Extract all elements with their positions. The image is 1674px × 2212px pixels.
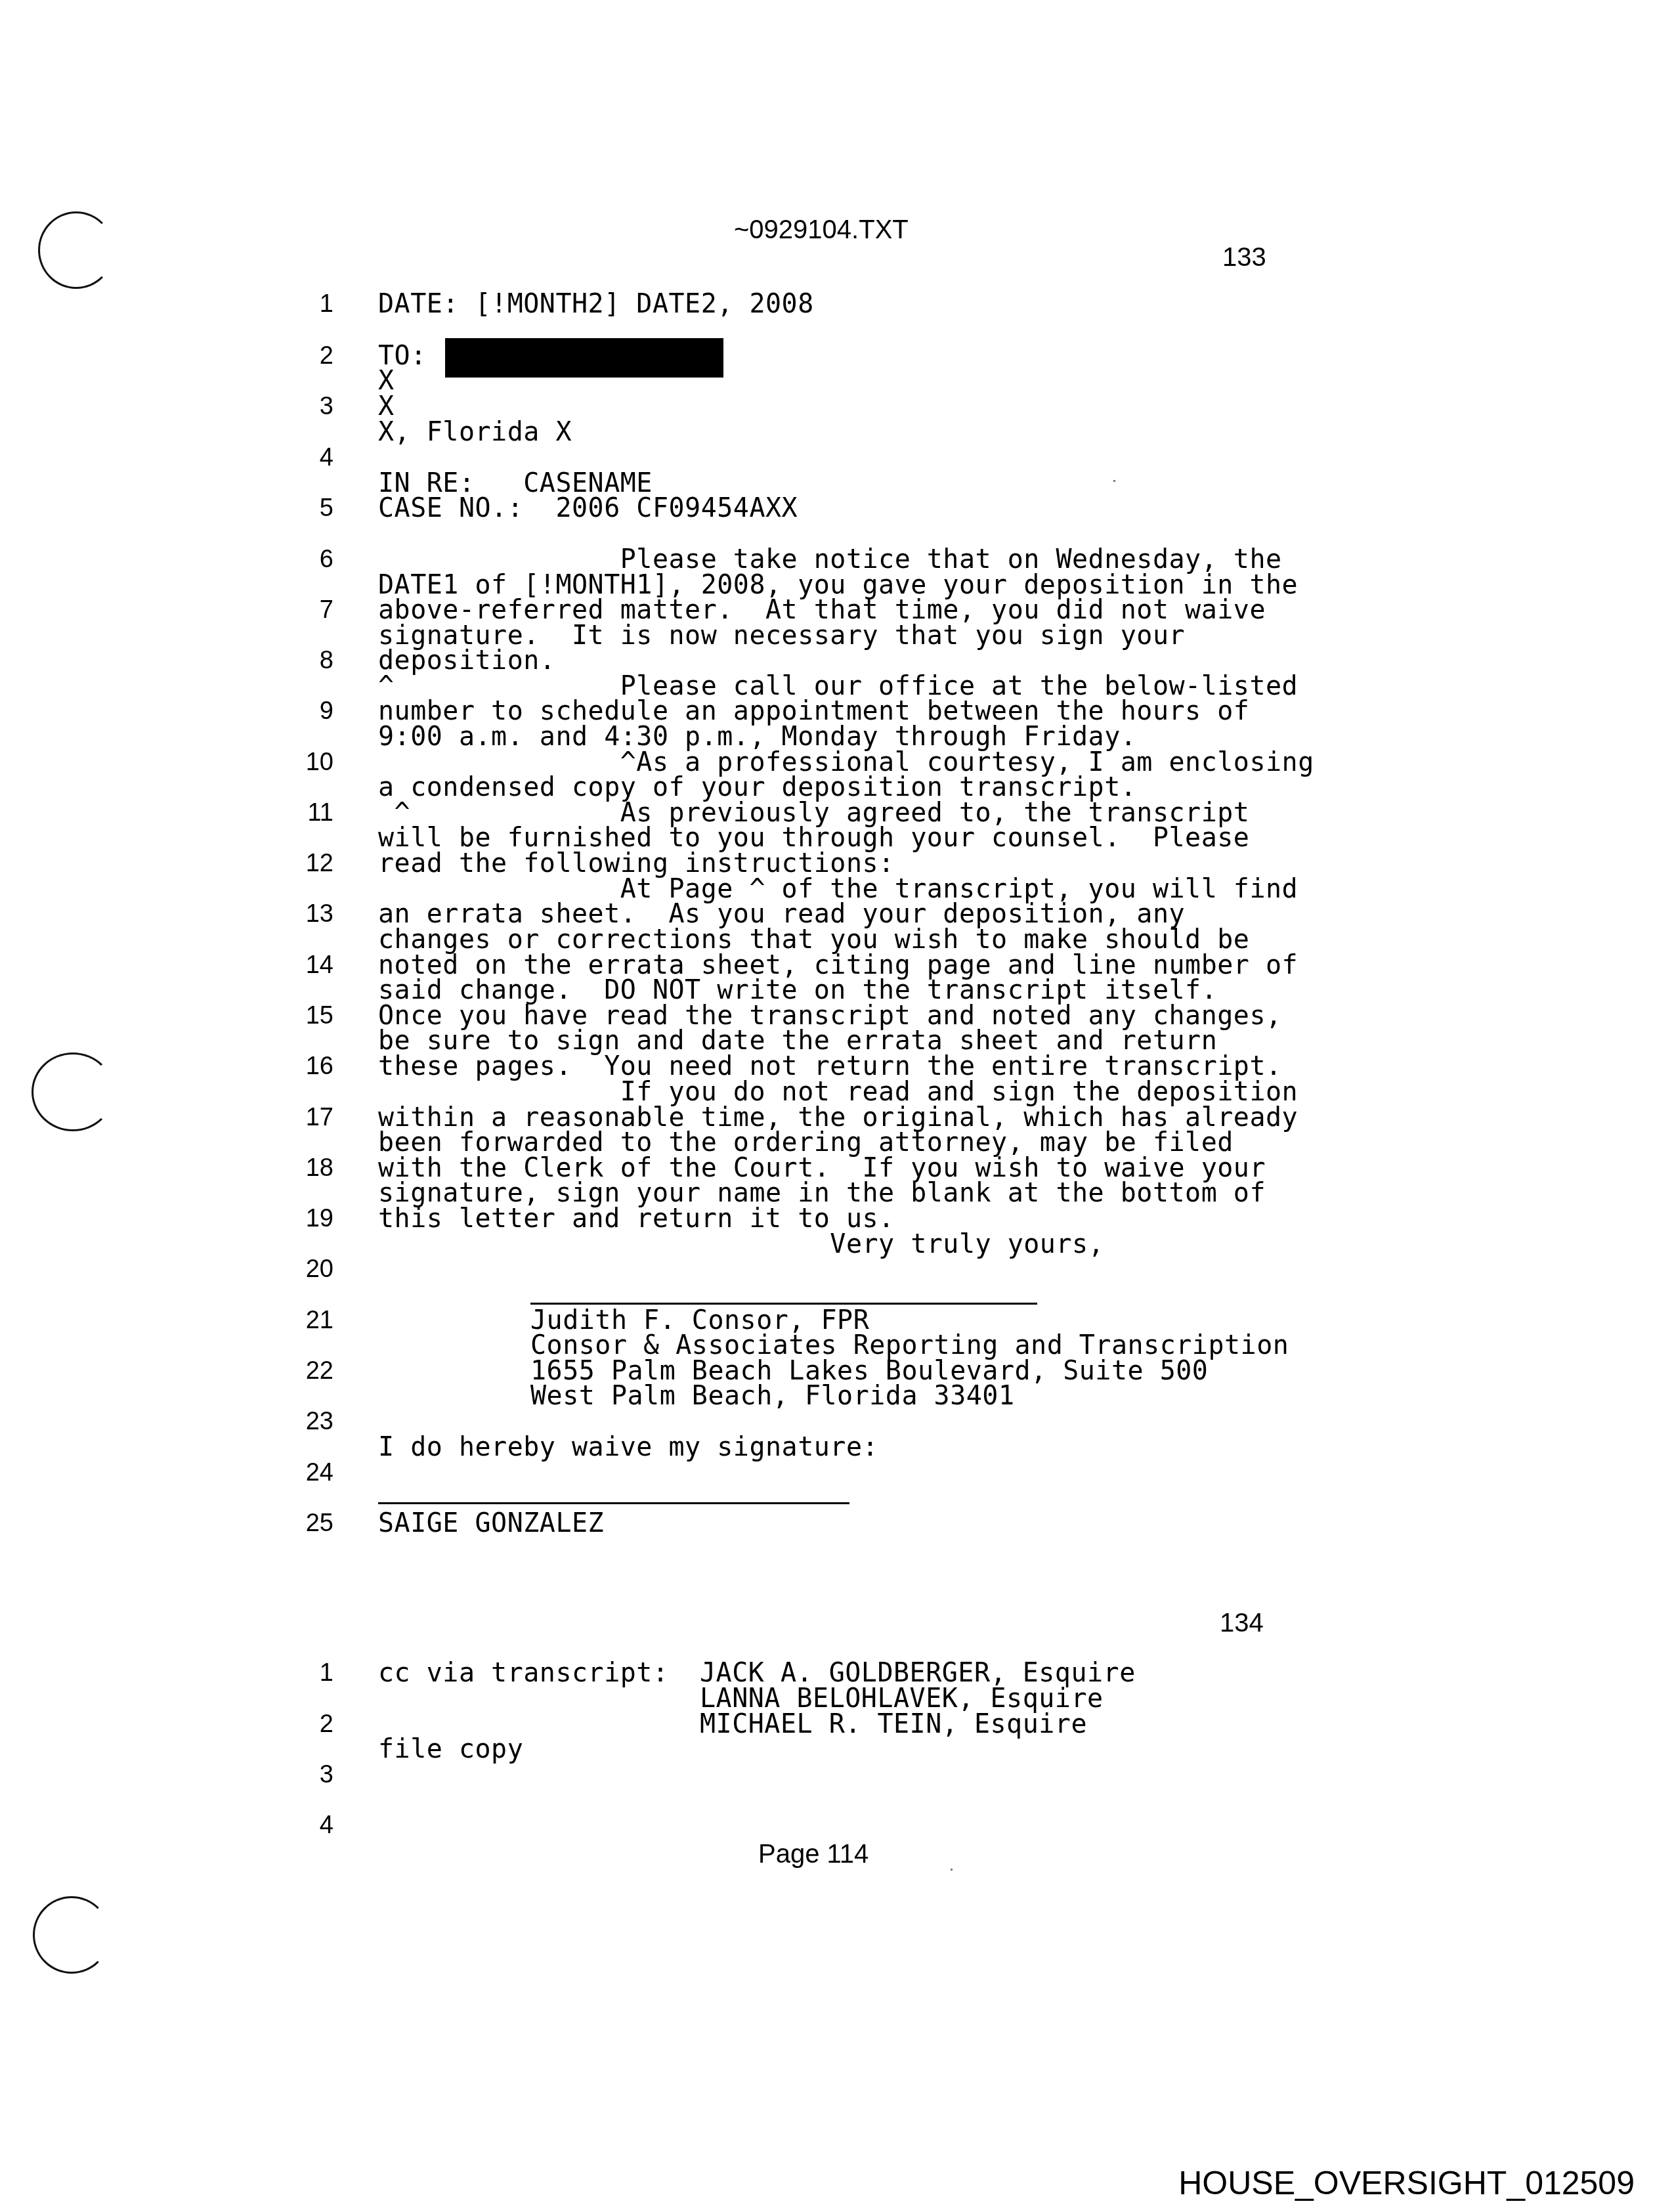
line-number: 9 <box>294 698 333 724</box>
waiver-statement: I do hereby waive my signature: <box>378 1434 878 1460</box>
line-number: 3 <box>294 1762 333 1788</box>
to-label: TO: <box>378 343 427 369</box>
line-number: 2 <box>294 1711 333 1737</box>
body-line: signature, sign your name in the blank a… <box>378 1180 1266 1206</box>
line-number: 16 <box>294 1053 333 1079</box>
body-line: If you do not read and sign the depositi… <box>378 1079 1298 1105</box>
body-line: a condensed copy of your deposition tran… <box>378 774 1136 800</box>
line-number: 2 <box>294 343 333 369</box>
body-line: read the following instructions: <box>378 850 895 877</box>
body-line: ^ Please call our office at the below-li… <box>378 673 1298 699</box>
line-number: 1 <box>294 1660 333 1686</box>
reporter-address-1: 1655 Palm Beach Lakes Boulevard, Suite 5… <box>530 1358 1208 1384</box>
body-line: said change. DO NOT write on the transcr… <box>378 977 1217 1003</box>
line-number: 14 <box>294 952 333 978</box>
line-number: 8 <box>294 647 333 674</box>
line-number: 11 <box>294 800 333 826</box>
page-footer-label: Page 114 <box>758 1841 869 1867</box>
address-line: X, Florida X <box>378 419 572 445</box>
line-number: 15 <box>294 1003 333 1029</box>
line-number: 7 <box>294 597 333 623</box>
body-line: noted on the errata sheet, citing page a… <box>378 952 1298 978</box>
body-line: above-referred matter. At that time, you… <box>378 597 1266 623</box>
address-line: X <box>378 393 395 420</box>
redaction-box <box>445 338 723 378</box>
body-line: DATE1 of [!MONTH1], 2008, you gave your … <box>378 572 1298 598</box>
line-number: 12 <box>294 850 333 877</box>
line-number: 24 <box>294 1460 333 1486</box>
body-line: will be furnished to you through your co… <box>378 825 1249 851</box>
reporter-signature-line <box>530 1303 1037 1305</box>
body-line: been forwarded to the ordering attorney,… <box>378 1129 1234 1156</box>
line-number: 18 <box>294 1155 333 1181</box>
cc-recipient: MICHAEL R. TEIN, Esquire <box>700 1711 1087 1737</box>
line-number: 4 <box>294 445 333 471</box>
body-line: with the Clerk of the Court. If you wish… <box>378 1155 1266 1181</box>
scan-speck <box>1113 480 1115 482</box>
body-line: changes or corrections that you wish to … <box>378 926 1249 953</box>
line-number: 5 <box>294 495 333 521</box>
body-line: ^ As previously agreed to, the transcrip… <box>378 800 1249 826</box>
binder-hole-mark-bottom <box>33 1896 110 1974</box>
body-line: be sure to sign and date the errata shee… <box>378 1028 1217 1054</box>
scan-speck <box>951 1869 953 1871</box>
line-number: 17 <box>294 1104 333 1131</box>
body-line: these pages. You need not return the ent… <box>378 1053 1282 1079</box>
cc-label: cc via transcript: <box>378 1660 668 1686</box>
deponent-name: SAIGE GONZALEZ <box>378 1510 604 1536</box>
case-number-line: CASE NO.: 2006 CF09454AXX <box>378 495 798 521</box>
line-number: 13 <box>294 901 333 927</box>
in-re-line: IN RE: CASENAME <box>378 470 653 496</box>
closing-line: Very truly yours, <box>378 1231 1104 1257</box>
body-line: 9:00 a.m. and 4:30 p.m., Monday through … <box>378 724 1136 750</box>
binder-hole-mark-middle <box>32 1052 114 1131</box>
body-line: an errata sheet. As you read your deposi… <box>378 901 1185 927</box>
reporter-address-2: West Palm Beach, Florida 33401 <box>530 1383 1014 1409</box>
line-number: 1 <box>294 291 333 317</box>
reporter-name: Judith F. Consor, FPR <box>530 1307 869 1334</box>
body-line: number to schedule an appointment betwee… <box>378 698 1249 724</box>
body-line: Please take notice that on Wednesday, th… <box>378 546 1282 573</box>
body-line: signature. It is now necessary that you … <box>378 622 1185 649</box>
cc-recipient: JACK A. GOLDBERGER, Esquire <box>700 1660 1136 1686</box>
line-number: 22 <box>294 1358 333 1384</box>
body-line: deposition. <box>378 647 555 674</box>
address-line: X <box>378 368 395 394</box>
line-number: 21 <box>294 1307 333 1334</box>
cc-recipient: LANNA BELOHLAVEK, Esquire <box>700 1685 1104 1712</box>
document-filename: ~0929104.TXT <box>734 217 909 243</box>
file-copy-label: file copy <box>378 1736 523 1762</box>
body-line: ^As a professional courtesy, I am enclos… <box>378 749 1314 775</box>
date-line: DATE: [!MONTH2] DATE2, 2008 <box>378 291 814 317</box>
binder-hole-mark-top <box>38 211 114 289</box>
page-number-134: 134 <box>1220 1610 1264 1636</box>
line-number: 19 <box>294 1205 333 1232</box>
page-number-133: 133 <box>1222 244 1266 271</box>
line-number: 6 <box>294 546 333 573</box>
body-line: At Page ^ of the transcript, you will fi… <box>378 876 1298 902</box>
bates-number: HOUSE_OVERSIGHT_012509 <box>1178 2167 1635 2200</box>
line-number: 25 <box>294 1510 333 1536</box>
line-number: 3 <box>294 393 333 420</box>
line-number: 4 <box>294 1812 333 1838</box>
reporter-company: Consor & Associates Reporting and Transc… <box>530 1332 1289 1358</box>
body-line: this letter and return it to us. <box>378 1205 895 1232</box>
body-line: within a reasonable time, the original, … <box>378 1104 1298 1131</box>
body-line: Once you have read the transcript and no… <box>378 1003 1282 1029</box>
line-number: 10 <box>294 749 333 775</box>
deponent-signature-line[interactable] <box>378 1502 849 1504</box>
line-number: 23 <box>294 1408 333 1435</box>
line-number: 20 <box>294 1256 333 1282</box>
